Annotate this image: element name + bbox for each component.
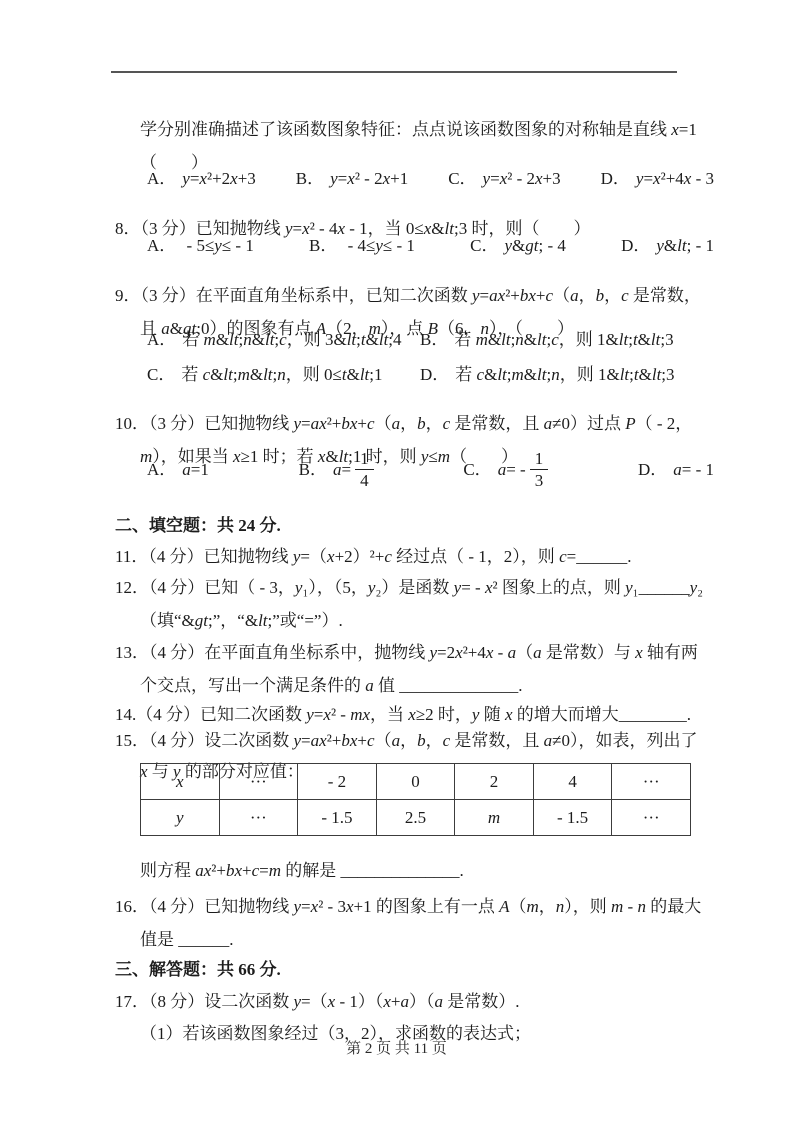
question-11-stem: 11．（4 分）已知抛物线 y=（x+2）²+c 经过点（ - 1，2），则 c… xyxy=(115,540,707,573)
question-8-option-row: A． - 5≤y≤ - 1 B． - 4≤y≤ - 1 C．y&gt; - 4 … xyxy=(115,229,742,262)
fraction: 14 xyxy=(355,448,374,491)
option-b: B．a=14 xyxy=(299,448,374,491)
question-12-stem: 12．（4 分）已知（ - 3，y₁），（5，y₂）是函数 y= - x² 图象… xyxy=(115,571,707,637)
option-text: 若 m&lt;n&lt;c，则 3&lt;t&lt;4 xyxy=(182,330,401,349)
option-label: B． xyxy=(296,169,324,188)
option-label: B． xyxy=(420,330,448,349)
question-9-option-grid: A．若 m&lt;n&lt;c，则 3&lt;t&lt;4 B．若 m&lt;n… xyxy=(115,322,714,392)
question-16-stem: 16．（4 分）已知抛物线 y=x² - 3x+1 的图象上有一点 A（m，n）… xyxy=(115,890,707,956)
option-text: y=x² - 2x+3 xyxy=(483,169,561,188)
page-footer: 第 2 页 共 11 页 xyxy=(0,1038,793,1060)
option-d: D．a= - 1 xyxy=(638,453,714,486)
option-text: y=x² - 2x+1 xyxy=(330,169,408,188)
option-label: A． xyxy=(147,330,176,349)
option-label: C． xyxy=(448,169,476,188)
table-cell: y xyxy=(141,800,220,836)
option-text: 若 c&lt;m&lt;n，则 0≤t&lt;1 xyxy=(181,365,382,384)
fraction-numerator: 1 xyxy=(355,448,374,470)
table-cell: 4 xyxy=(533,764,612,800)
option-label: B． xyxy=(309,236,337,255)
option-a: A．a=1 xyxy=(147,453,209,486)
option-label: D． xyxy=(621,236,650,255)
option-text: y&lt; - 1 xyxy=(656,236,714,255)
option-text: a= - xyxy=(498,453,526,486)
table-cell: ··· xyxy=(612,800,691,836)
table-row-y: y ··· - 1.5 2.5 m - 1.5 ··· xyxy=(141,800,691,836)
q7-option-row: A．y=x²+2x+3 B．y=x² - 2x+1 C．y=x² - 2x+3 … xyxy=(115,162,714,195)
option-label: D． xyxy=(638,453,667,486)
table-cell: x xyxy=(141,764,220,800)
question-15-equation-line: 则方程 ax²+bx+c=m 的解是 ______________. xyxy=(115,854,707,887)
table-cell: 0 xyxy=(376,764,455,800)
option-d: D．y&lt; - 1 xyxy=(621,229,714,262)
section-3-heading: 三、解答题：共 66 分. xyxy=(115,953,682,986)
option-text: y&gt; - 4 xyxy=(504,236,565,255)
option-d: D．y=x²+4x - 3 xyxy=(601,162,714,195)
table-cell: 2.5 xyxy=(376,800,455,836)
q15-values-table: x ··· - 2 0 2 4 ··· y ··· - 1.5 2.5 m - … xyxy=(140,763,691,836)
fraction-denominator: 4 xyxy=(355,470,374,491)
question-13-stem: 13．（4 分）在平面直角坐标系中，抛物线 y=2x²+4x - a（a 是常数… xyxy=(115,636,707,702)
option-label: A． xyxy=(147,453,176,486)
option-text: a=1 xyxy=(182,453,209,486)
option-label: A． xyxy=(147,236,176,255)
option-b: B．若 m&lt;n&lt;c，则 1&lt;t&lt;3 xyxy=(420,322,714,357)
table-row-x: x ··· - 2 0 2 4 ··· xyxy=(141,764,691,800)
option-c: C．y=x² - 2x+3 xyxy=(448,162,560,195)
table-cell: m xyxy=(455,800,534,836)
table-cell: - 1.5 xyxy=(298,800,377,836)
table-cell: - 2 xyxy=(298,764,377,800)
option-a: A．若 m&lt;n&lt;c，则 3&lt;t&lt;4 xyxy=(147,322,420,357)
fraction: 13 xyxy=(530,448,549,491)
question-10-option-row: A．a=1 B．a=14 C．a= - 13 D．a= - 1 xyxy=(115,444,744,494)
option-text: - 4≤y≤ - 1 xyxy=(343,236,415,255)
table-cell: ··· xyxy=(219,764,298,800)
option-b: B． - 4≤y≤ - 1 xyxy=(309,229,415,262)
fraction-numerator: 1 xyxy=(530,448,549,470)
option-label: C． xyxy=(147,365,175,384)
option-b: B．y=x² - 2x+1 xyxy=(296,162,408,195)
option-c: C．a= - 13 xyxy=(463,448,548,491)
option-c: C．y&gt; - 4 xyxy=(470,229,566,262)
section-2-heading: 二、填空题：共 24 分. xyxy=(115,509,682,542)
table-cell: - 1.5 xyxy=(533,800,612,836)
option-label: B． xyxy=(299,453,327,486)
exam-page: 学分别准确描述了该函数图象特征：点点说该函数图象的对称轴是直线 x=1 （ ） … xyxy=(0,0,793,1122)
option-text: 若 m&lt;n&lt;c，则 1&lt;t&lt;3 xyxy=(454,330,673,349)
question-17-stem: 17．（8 分）设二次函数 y=（x - 1）（x+a）（a 是常数）. xyxy=(115,985,707,1018)
option-text: 若 c&lt;m&lt;n，则 1&lt;t&lt;3 xyxy=(455,365,674,384)
table-cell: ··· xyxy=(612,764,691,800)
option-label: C． xyxy=(470,236,498,255)
q7-continuation-text: 学分别准确描述了该函数图象特征：点点说该函数图象的对称轴是直线 x=1 xyxy=(115,113,707,146)
option-c: C．若 c&lt;m&lt;n，则 0≤t&lt;1 xyxy=(147,357,420,392)
fraction-denominator: 3 xyxy=(530,470,549,491)
option-a: A．y=x²+2x+3 xyxy=(147,162,256,195)
option-label: C． xyxy=(463,453,491,486)
option-text: a= - 1 xyxy=(673,453,714,486)
header-rule xyxy=(111,71,677,73)
option-label: A． xyxy=(147,169,176,188)
option-label: D． xyxy=(420,365,449,384)
option-text: - 5≤y≤ - 1 xyxy=(182,236,254,255)
option-a: A． - 5≤y≤ - 1 xyxy=(147,229,254,262)
option-text: y=x²+2x+3 xyxy=(182,169,256,188)
option-d: D．若 c&lt;m&lt;n，则 1&lt;t&lt;3 xyxy=(420,357,714,392)
table-cell: ··· xyxy=(219,800,298,836)
option-text: a= xyxy=(333,453,351,486)
option-label: D． xyxy=(601,169,630,188)
table-cell: 2 xyxy=(455,764,534,800)
option-text: y=x²+4x - 3 xyxy=(636,169,714,188)
